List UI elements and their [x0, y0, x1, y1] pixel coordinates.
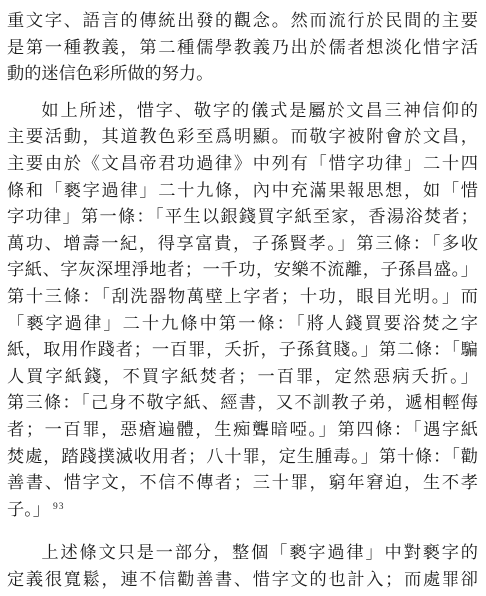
text-line: 善書、惜字文，不信不傳者；三十罪，窮年窘迫，生不孝 [7, 470, 478, 497]
text-line: 第十三條：「刮洗器物萬壁上字者；十功，眼目光明。」而 [7, 284, 478, 311]
text-line: 動的迷信色彩所做的努力。 [7, 61, 478, 88]
document-body: 重文字、語言的傳統出發的觀念。然而流行於民間的主要是第一種教義，第二種儒學教義乃… [7, 8, 478, 593]
text-line: 定義很寬鬆，連不信勸善書、惜字文的也計入；而處罪卻 [7, 567, 478, 594]
text-line: 萬功、增壽一紀，得享富貴，子孫賢孝。」第三條：「多收 [7, 231, 478, 258]
paragraph: 重文字、語言的傳統出發的觀念。然而流行於民間的主要是第一種教義，第二種儒學教義乃… [7, 8, 478, 88]
document-page: 重文字、語言的傳統出發的觀念。然而流行於民間的主要是第一種教義，第二種儒學教義乃… [0, 0, 486, 596]
text-line: 者；一百罪，惡瘡遍體，生痴聾暗啞。」第四條：「遇字紙 [7, 417, 478, 444]
footnote-reference: 93 [53, 502, 65, 512]
text-line: 主要活動，其道教色彩至爲明顯。而敬字被附會於文昌， [7, 124, 478, 151]
text-line: 字紙、字灰深埋淨地者；一千功，安樂不流離，子孫昌盛。」 [7, 257, 478, 284]
text-line: 如上所述，惜字、敬字的儀式是屬於文昌三神信仰的 [7, 98, 478, 125]
text-line: 主要由於《文昌帝君功過律》中列有「惜字功律」二十四 [7, 151, 478, 178]
text-line: 焚處，踏踐撲滅收用者；八十罪，定生腫毒。」第十條：「勸 [7, 444, 478, 471]
text-line: 「褻字過律」二十九條中第一條：「將人錢買要浴焚之字 [7, 311, 478, 338]
text-line: 子。」93 [7, 497, 478, 524]
paragraph: 上述條文只是一部分，整個「褻字過律」中對褻字的定義很寬鬆，連不信勸善書、惜字文的… [7, 540, 478, 593]
text-line: 字功律」第一條：「平生以銀錢買字紙至家，香湯浴焚者； [7, 204, 478, 231]
text-line: 第三條：「己身不敬字紙、經書，又不訓教子弟，遞相輕侮 [7, 390, 478, 417]
text-line: 紙，取用作踐者；一百罪，夭折，子孫貧賤。」第二條：「騙 [7, 337, 478, 364]
text-line: 上述條文只是一部分，整個「褻字過律」中對褻字的 [7, 540, 478, 567]
text-line: 是第一種教義，第二種儒學教義乃出於儒者想淡化惜字活 [7, 35, 478, 62]
text-line: 條和「褻字過律」二十九條，內中充滿果報思想，如「惜 [7, 178, 478, 205]
text-line: 重文字、語言的傳統出發的觀念。然而流行於民間的主要 [7, 8, 478, 35]
text-line: 人買字紙錢，不買字紙焚者；一百罪，定然惡病夭折。」 [7, 364, 478, 391]
paragraph: 如上所述，惜字、敬字的儀式是屬於文昌三神信仰的主要活動，其道教色彩至爲明顯。而敬… [7, 98, 478, 524]
